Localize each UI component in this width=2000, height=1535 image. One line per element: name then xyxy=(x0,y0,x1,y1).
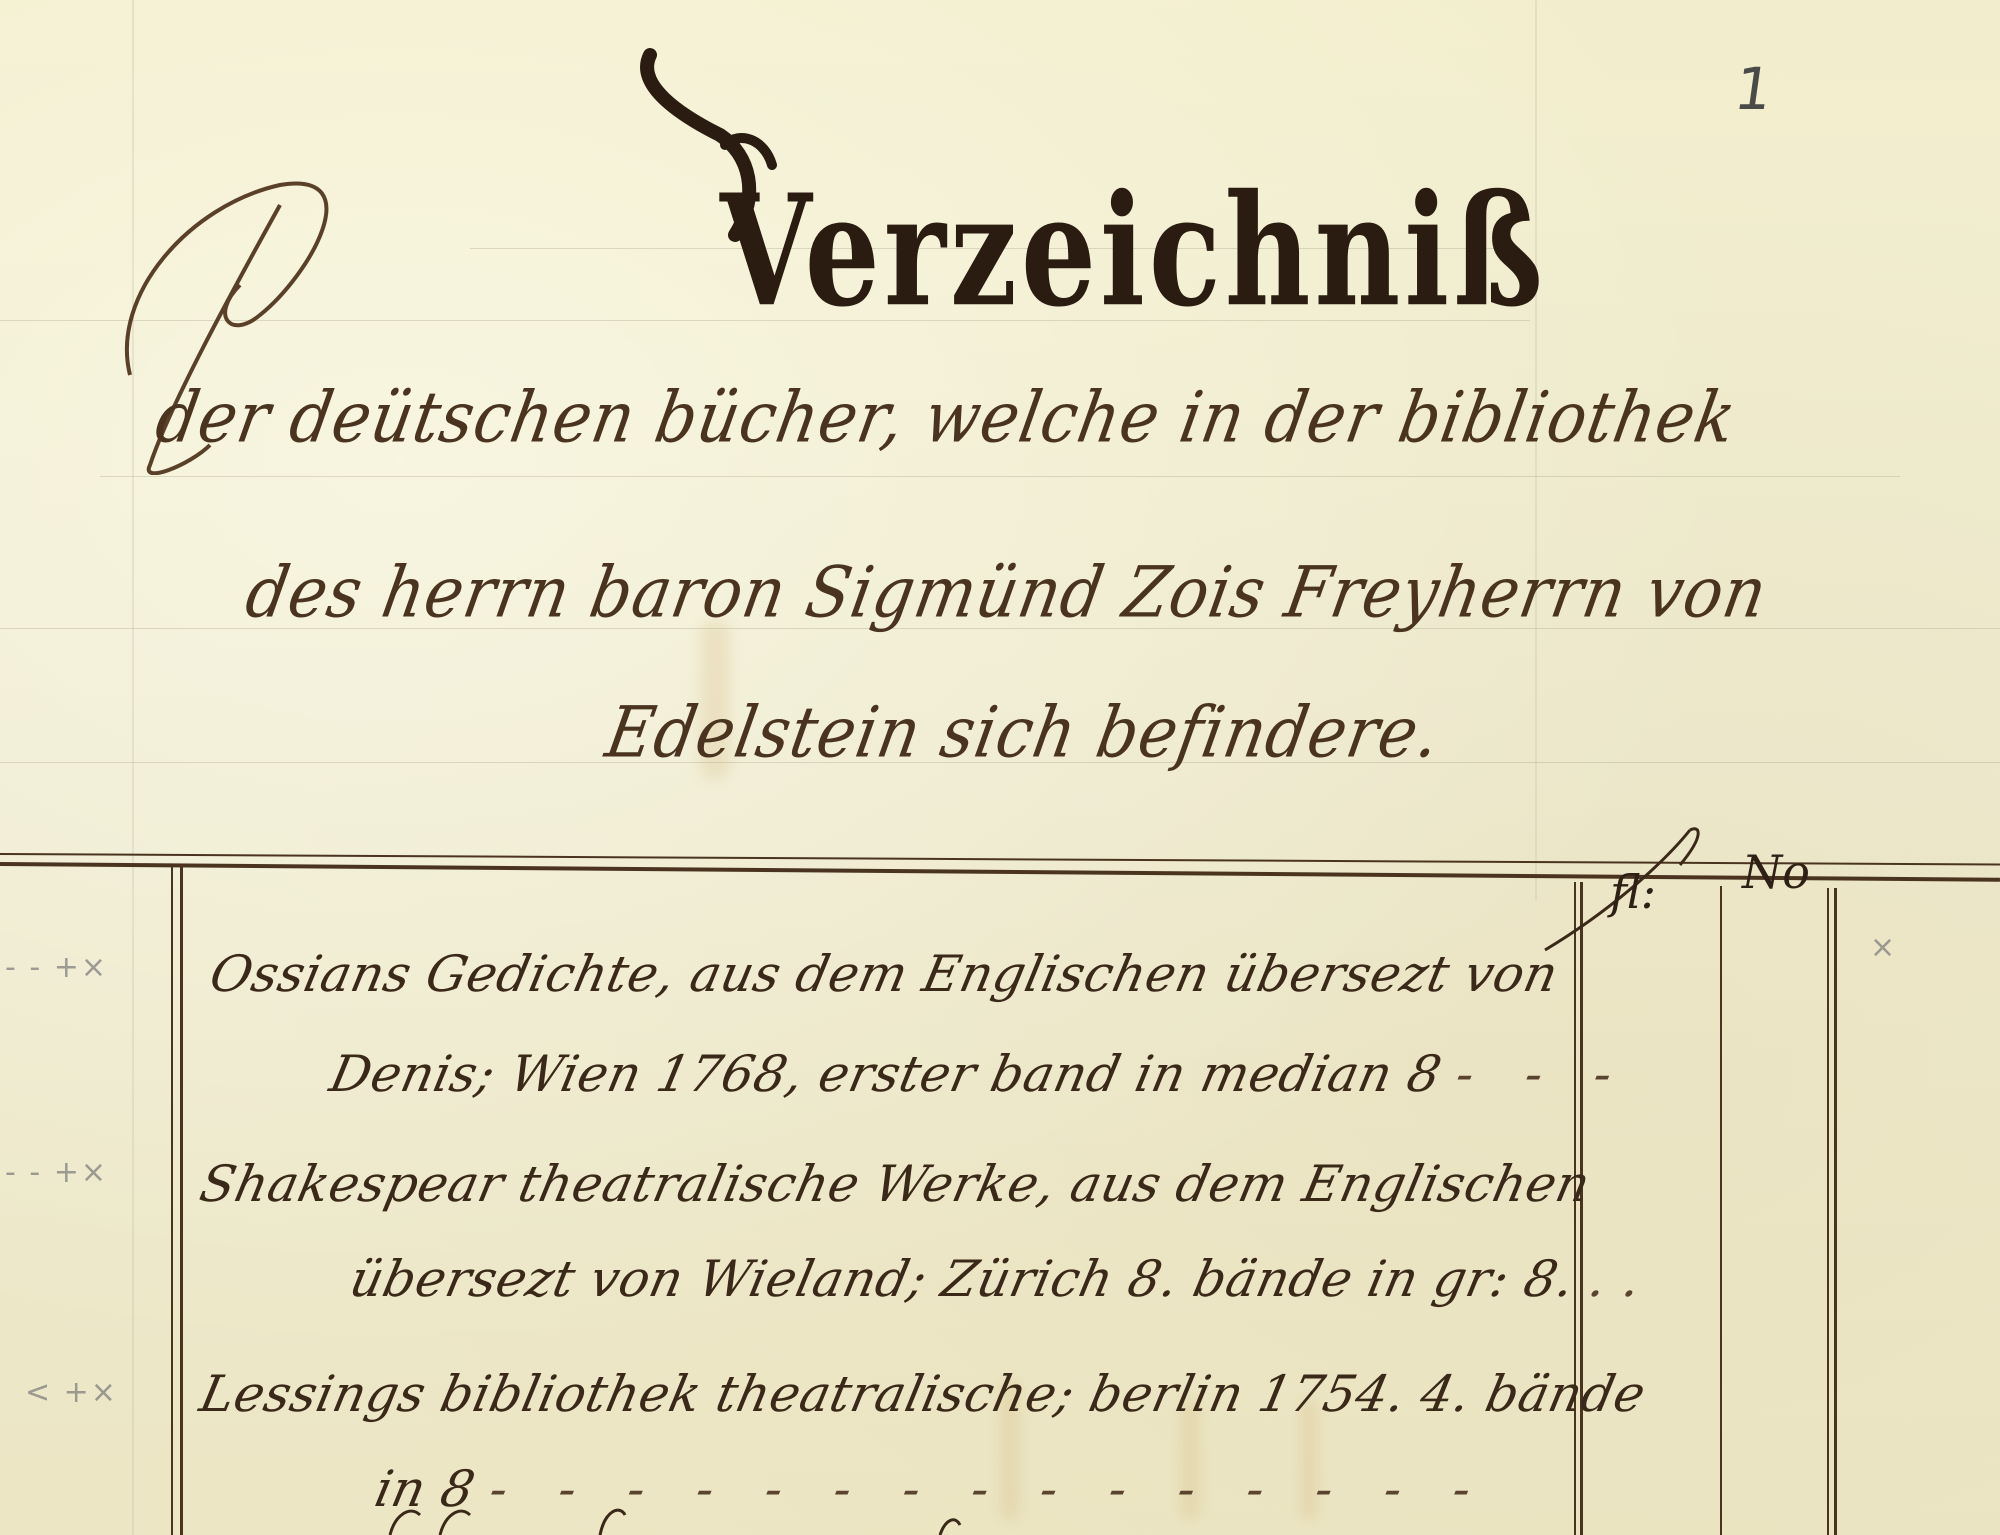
page-title: Verzeichniß xyxy=(720,160,1547,341)
subtitle-line-3: Edelstein sich befindere. xyxy=(600,693,1446,774)
right-column-rule-thin xyxy=(1827,888,1829,1535)
margin-check-mark: < +× xyxy=(25,1375,118,1410)
no-column-rule xyxy=(1720,886,1722,1535)
column-header-no: No xyxy=(1742,845,1810,899)
dash-filler: - - - xyxy=(1451,1045,1636,1103)
dash-filler: .. xyxy=(1584,1250,1664,1308)
margin-check-mark: - - +× xyxy=(5,950,108,985)
subtitle-line-2: des herrn baron Sigmünd Zois Freyherrn v… xyxy=(240,553,1773,634)
entry-3-line-1: Lessings bibliothek theatralische; berli… xyxy=(195,1365,1651,1423)
margin-check-mark: - - +× xyxy=(5,1155,108,1190)
entry-2-line-1: Shakespear theatralische Werke, aus dem … xyxy=(195,1155,1595,1213)
folio-number: 1 xyxy=(1730,55,1776,123)
entry-1-line-2-text: Denis; Wien 1768, erster band in median … xyxy=(325,1045,1447,1103)
margin-check-mark: × xyxy=(1870,930,1897,965)
left-column-rule-thick xyxy=(180,864,183,1535)
pencil-guideline xyxy=(100,476,1900,477)
column-header-fl: fl: xyxy=(1610,865,1656,919)
entry-1-line-1: Ossians Gedichte, aus dem Englischen übe… xyxy=(205,945,1563,1003)
subtitle-line-1: der deütschen bücher, welche in der bibl… xyxy=(150,378,1742,459)
entry-2-line-2: übersezt von Wieland; Zürich 8. bände in… xyxy=(345,1250,1664,1308)
left-column-rule-thin xyxy=(171,864,173,1535)
right-column-rule-thick xyxy=(1834,888,1837,1535)
next-entry-partial-icon xyxy=(380,1505,1080,1535)
entry-1-line-2: Denis; Wien 1768, erster band in median … xyxy=(325,1045,1636,1103)
entry-2-line-2-text: übersezt von Wieland; Zürich 8. bände in… xyxy=(345,1250,1580,1308)
